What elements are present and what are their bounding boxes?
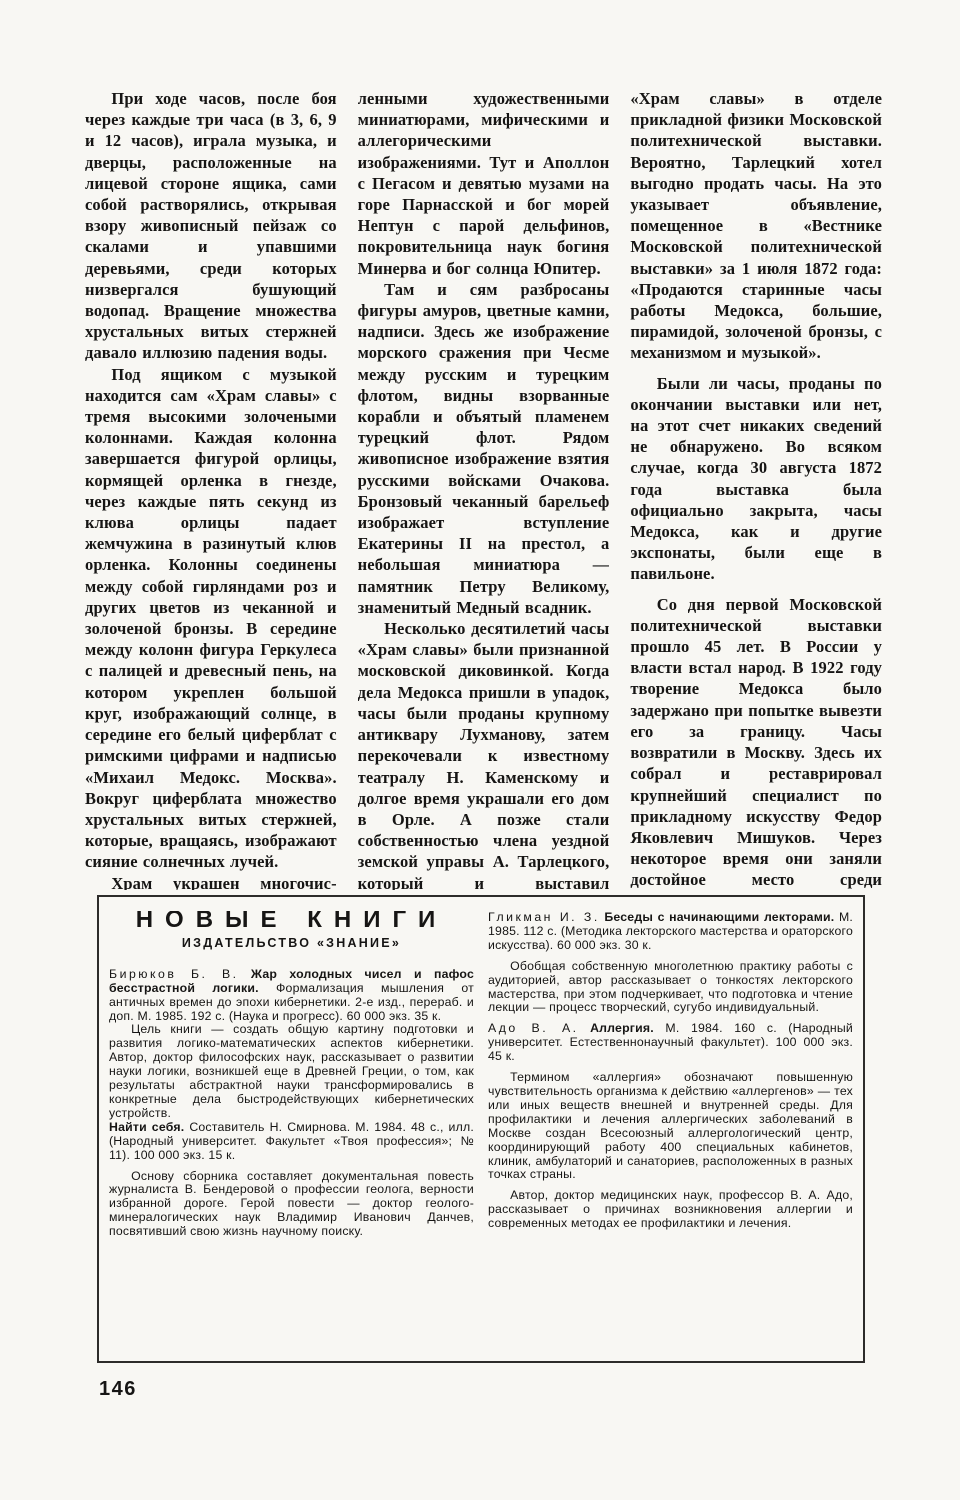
book-entry-biryukov: Бирюков Б. В. Жар холодных чисел и пафос… xyxy=(109,968,474,1024)
book-title: Найти себя. xyxy=(109,1120,184,1134)
book-entry-ado: Адо В. А. Аллергия. М. 1984. 160 с. (Нар… xyxy=(488,1022,853,1064)
article-about-medox-clock: При ходе часов, после боя через каждые т… xyxy=(85,88,882,890)
book-annotation: Основу сборника составляет документальна… xyxy=(109,1170,474,1240)
new-books-column-left: НОВЫЕ КНИГИ ИЗДАТЕЛЬСТВО «ЗНАНИЕ» Бирюко… xyxy=(109,911,474,1361)
article-paragraph: ленными художественными миниатюрами, миф… xyxy=(358,88,610,279)
new-books-column-right: Гликман И. З. Беседы с начинающими лекто… xyxy=(488,911,853,1361)
book-author: Гликман И. З. xyxy=(488,911,600,924)
book-annotation: Автор, доктор медицинских наук, профессо… xyxy=(488,1189,853,1231)
article-column-1: При ходе часов, после боя через каждые т… xyxy=(85,88,337,890)
book-title: Аллергия. xyxy=(590,1021,654,1035)
page-number: 146 xyxy=(99,1378,137,1401)
book-annotation: Цель книги — создать общую картину подго… xyxy=(109,1023,474,1120)
article-paragraph: Несколько десятилетий часы «Храм славы» … xyxy=(358,618,610,890)
article-paragraph: Там и сям разбросаны фигуры амуров, цвет… xyxy=(358,279,610,618)
article-paragraph: «Храм славы» в отделе прикладной физики … xyxy=(630,88,882,364)
book-title: Беседы с начинающими лекторами. xyxy=(604,911,834,924)
book-entry-nayti-sebya: Найти себя. Составитель Н. Смирнова. М. … xyxy=(109,1121,474,1163)
magazine-page: При ходе часов, после боя через каждые т… xyxy=(0,0,960,1500)
book-annotation: Обобщая собственную многолетнюю практику… xyxy=(488,960,853,1016)
article-paragraph: Храм украшен многочис- xyxy=(85,873,337,890)
article-paragraph: Были ли часы, проданы по окончании выста… xyxy=(630,373,882,585)
new-books-columns: НОВЫЕ КНИГИ ИЗДАТЕЛЬСТВО «ЗНАНИЕ» Бирюко… xyxy=(109,911,853,1361)
book-author: Адо В. А. xyxy=(488,1021,579,1035)
article-paragraph: При ходе часов, после боя через каждые т… xyxy=(85,88,337,364)
article-column-2: ленными художественными миниатюрами, миф… xyxy=(358,88,610,890)
new-books-box: НОВЫЕ КНИГИ ИЗДАТЕЛЬСТВО «ЗНАНИЕ» Бирюко… xyxy=(97,895,865,1363)
article-column-3: «Храм славы» в отделе прикладной физики … xyxy=(630,88,882,890)
book-entry-glikman: Гликман И. З. Беседы с начинающими лекто… xyxy=(488,911,853,953)
book-annotation: Термином «аллергия» обозначают повышенну… xyxy=(488,1071,853,1182)
book-author: Бирюков Б. В. xyxy=(109,967,239,981)
publisher-subtitle: ИЗДАТЕЛЬСТВО «ЗНАНИЕ» xyxy=(109,937,474,951)
new-books-title: НОВЫЕ КНИГИ xyxy=(109,913,474,927)
article-paragraph: Под ящиком с музыкой находится сам «Храм… xyxy=(85,364,337,873)
article-paragraph: Со дня первой Московской политехнической… xyxy=(630,594,882,890)
